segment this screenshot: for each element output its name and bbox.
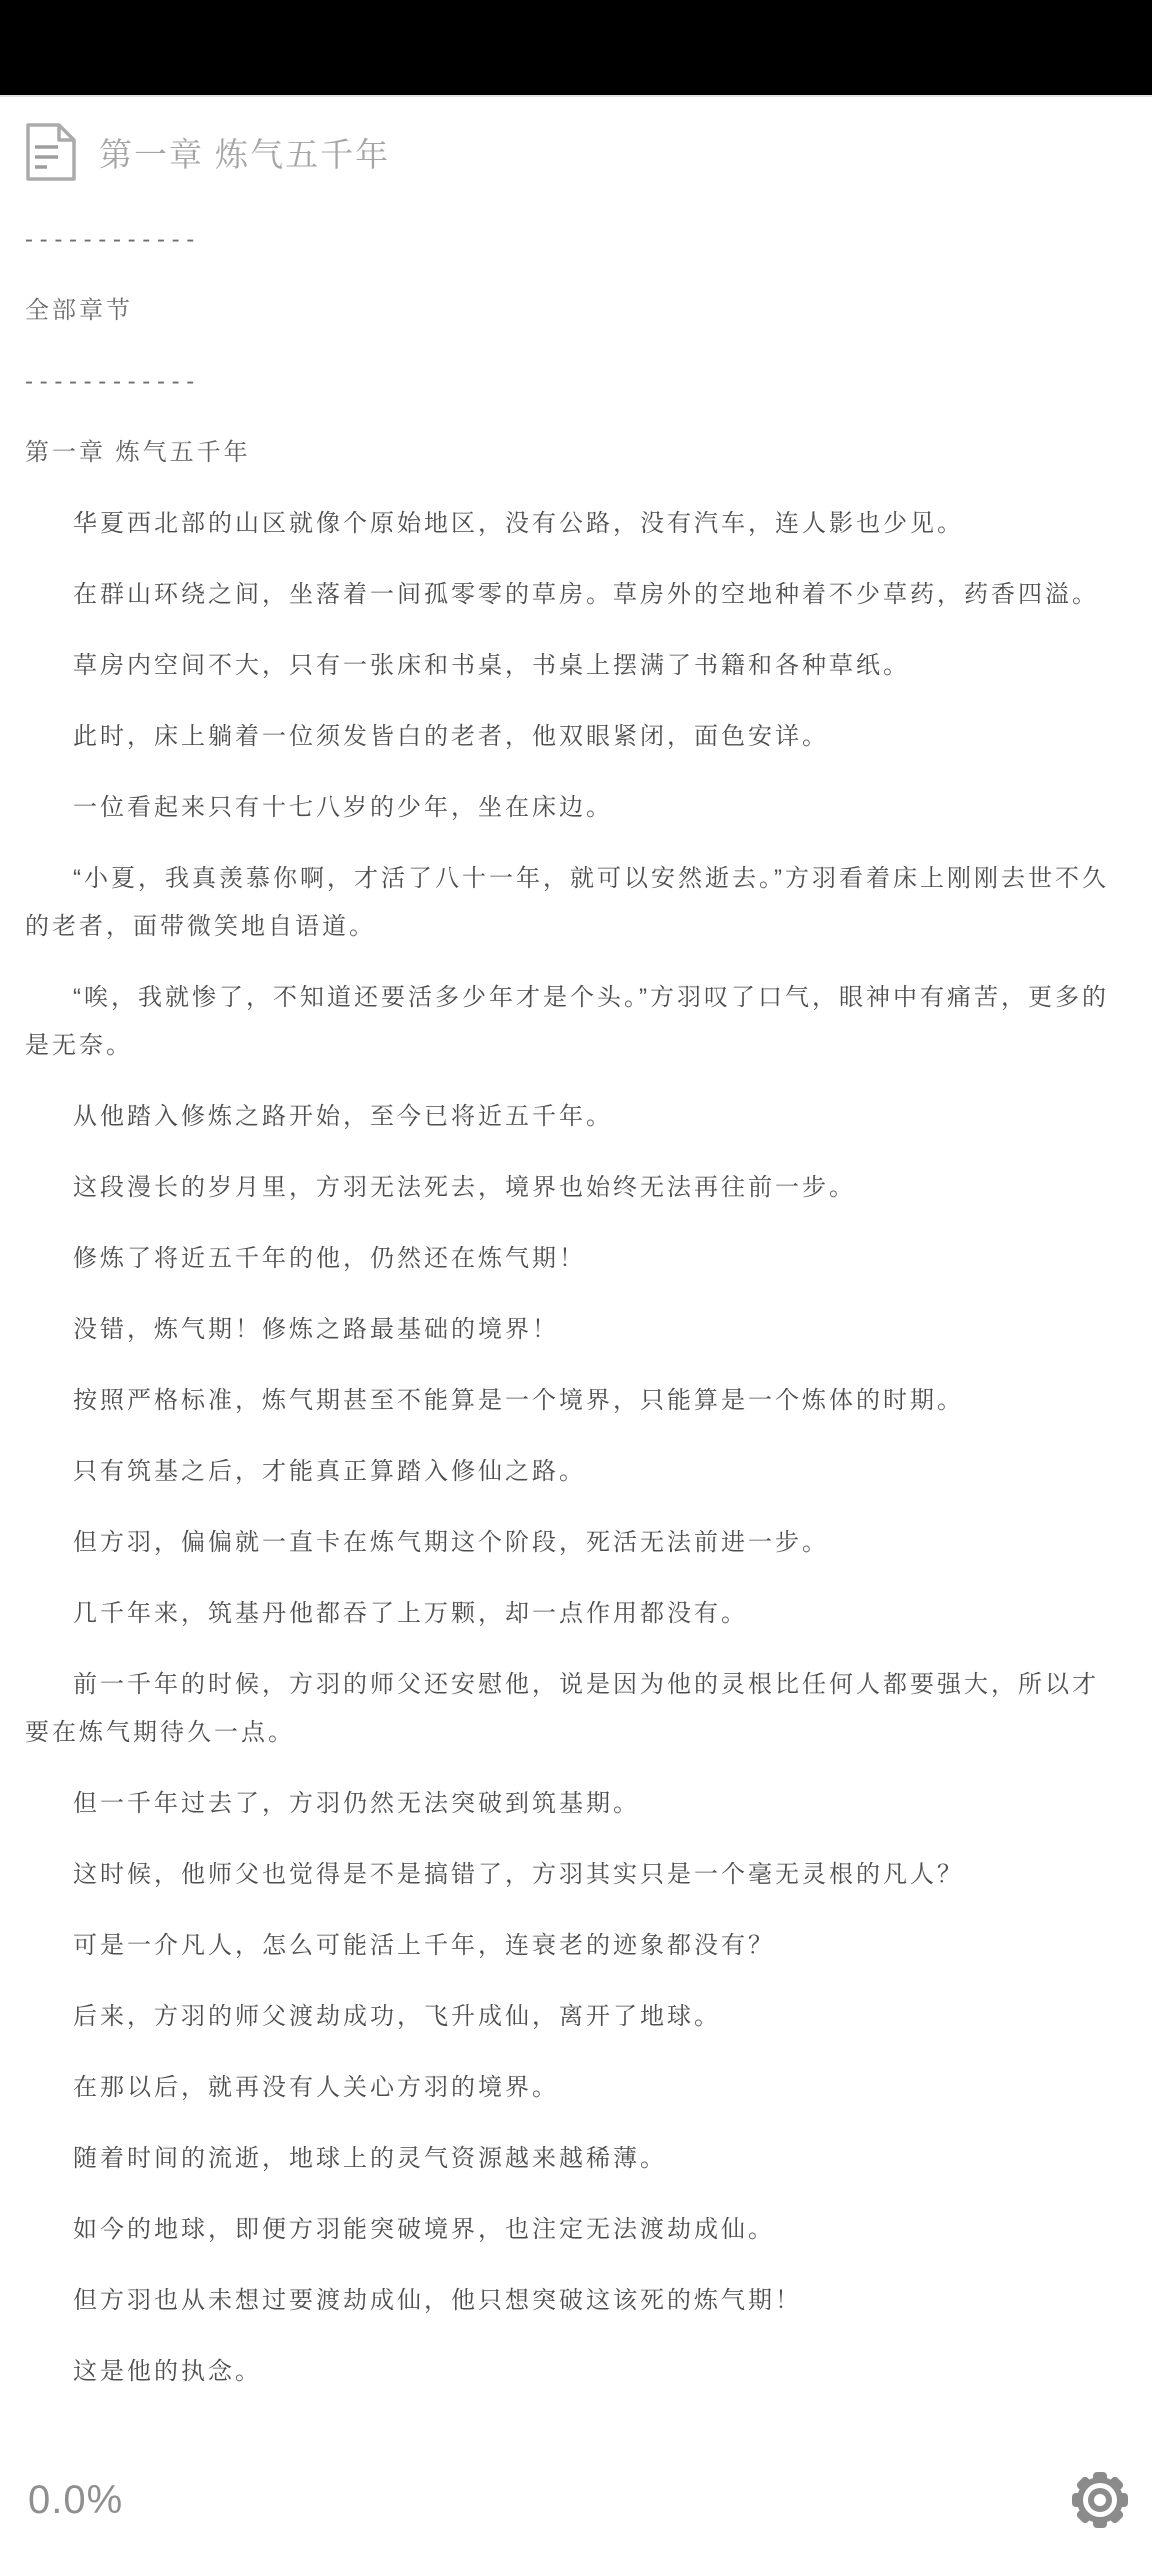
story-paragraph: 此时，床上躺着一位须发皆白的老者，他双眼紧闭，面色安详。 bbox=[25, 713, 1125, 761]
story-paragraph: 华夏西北部的山区就像个原始地区，没有公路，没有汽车，连人影也少见。 bbox=[25, 500, 1125, 548]
story-paragraph: 但方羽，偏偏就一直卡在炼气期这个阶段，死活无法前进一步。 bbox=[25, 1519, 1125, 1567]
all-chapters-label: 全部章节 bbox=[25, 287, 1125, 335]
story-paragraphs: 华夏西北部的山区就像个原始地区，没有公路，没有汽车，连人影也少见。在群山环绕之间… bbox=[25, 500, 1125, 2396]
story-paragraph: 这段漫长的岁月里，方羽无法死去，境界也始终无法再往前一步。 bbox=[25, 1164, 1125, 1212]
story-paragraph: 这是他的执念。 bbox=[25, 2348, 1125, 2396]
story-paragraph: “唉，我就惨了，不知道还要活多少年才是个头。”方羽叹了口气，眼神中有痛苦，更多的… bbox=[25, 974, 1125, 1070]
story-paragraph: 这时候，他师父也觉得是不是搞错了，方羽其实只是一个毫无灵根的凡人？ bbox=[25, 1851, 1125, 1899]
story-paragraph: 前一千年的时候，方羽的师父还安慰他，说是因为他的灵根比任何人都要强大，所以才要在… bbox=[25, 1661, 1125, 1757]
chapter-header: 第一章 炼气五千年 bbox=[0, 97, 1152, 182]
page-title: 第一章 炼气五千年 bbox=[99, 129, 390, 176]
story-paragraph: 只有筑基之后，才能真正算踏入修仙之路。 bbox=[25, 1448, 1125, 1496]
reading-progress: 0.0% bbox=[28, 2478, 123, 2523]
divider-dashes: - - - - - - - - - - - - bbox=[25, 216, 1125, 264]
document-icon bbox=[25, 122, 77, 182]
footer-bar: 0.0% bbox=[0, 2450, 1152, 2560]
story-paragraph: 没错，炼气期！修炼之路最基础的境界！ bbox=[25, 1306, 1125, 1354]
story-paragraph: “小夏，我真羡慕你啊，才活了八十一年，就可以安然逝去。”方羽看着床上刚刚去世不久… bbox=[25, 855, 1125, 951]
story-paragraph: 在群山环绕之间，坐落着一间孤零零的草房。草房外的空地种着不少草药，药香四溢。 bbox=[25, 571, 1125, 619]
story-paragraph: 随着时间的流逝，地球上的灵气资源越来越稀薄。 bbox=[25, 2135, 1125, 2183]
story-paragraph: 后来，方羽的师父渡劫成功，飞升成仙，离开了地球。 bbox=[25, 1993, 1125, 2041]
story-paragraph: 按照严格标准，炼气期甚至不能算是一个境界，只能算是一个炼体的时期。 bbox=[25, 1377, 1125, 1425]
reading-area[interactable]: - - - - - - - - - - - - 全部章节 - - - - - -… bbox=[0, 182, 1152, 2396]
gear-icon[interactable] bbox=[1072, 2472, 1128, 2528]
status-bar bbox=[0, 0, 1152, 97]
story-paragraph: 从他踏入修炼之路开始，至今已将近五千年。 bbox=[25, 1093, 1125, 1141]
story-paragraph: 但方羽也从未想过要渡劫成仙，他只想突破这该死的炼气期！ bbox=[25, 2277, 1125, 2325]
story-paragraph: 可是一介凡人，怎么可能活上千年，连衰老的迹象都没有？ bbox=[25, 1922, 1125, 1970]
story-paragraph: 但一千年过去了，方羽仍然无法突破到筑基期。 bbox=[25, 1780, 1125, 1828]
story-paragraph: 一位看起来只有十七八岁的少年，坐在床边。 bbox=[25, 784, 1125, 832]
chapter-list-item[interactable]: 第一章 炼气五千年 bbox=[25, 429, 1125, 477]
story-paragraph: 在那以后，就再没有人关心方羽的境界。 bbox=[25, 2064, 1125, 2112]
story-paragraph: 草房内空间不大，只有一张床和书桌，书桌上摆满了书籍和各种草纸。 bbox=[25, 642, 1125, 690]
story-paragraph: 如今的地球，即便方羽能突破境界，也注定无法渡劫成仙。 bbox=[25, 2206, 1125, 2254]
divider-dashes: - - - - - - - - - - - - bbox=[25, 358, 1125, 406]
story-paragraph: 修炼了将近五千年的他，仍然还在炼气期！ bbox=[25, 1235, 1125, 1283]
story-paragraph: 几千年来，筑基丹他都吞了上万颗，却一点作用都没有。 bbox=[25, 1590, 1125, 1638]
